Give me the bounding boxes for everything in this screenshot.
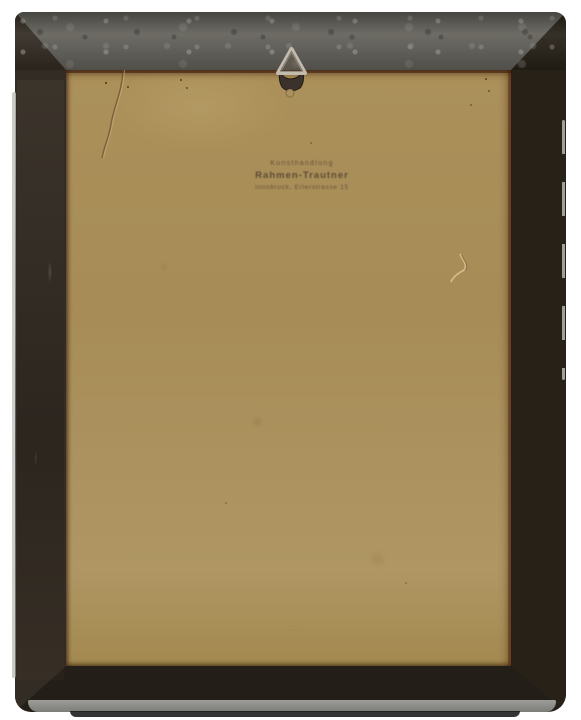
faint-mark: ···: [278, 628, 312, 634]
frame-bottom-edge-shadow: [70, 711, 520, 717]
frame-left-rail-texture: [17, 80, 64, 680]
stamp-line-1: Kunsthandlung: [222, 160, 382, 169]
frame-right-edge-highlight: [562, 120, 565, 380]
framed-picture-back-photo: Kunsthandlung Rahmen-Trautner Innsbruck,…: [0, 0, 581, 720]
stamp-line-2: Rahmen-Trautner: [222, 170, 382, 182]
dealer-stamp: Kunsthandlung Rahmen-Trautner Innsbruck,…: [222, 160, 382, 192]
triangle-hanger-icon: [274, 46, 310, 98]
stamp-line-3: Innsbruck, Erlerstrasse 15: [222, 184, 382, 192]
paper-scratch: [446, 248, 482, 292]
paper-crease: [92, 66, 138, 166]
frame-left-edge-highlight: [12, 92, 16, 678]
